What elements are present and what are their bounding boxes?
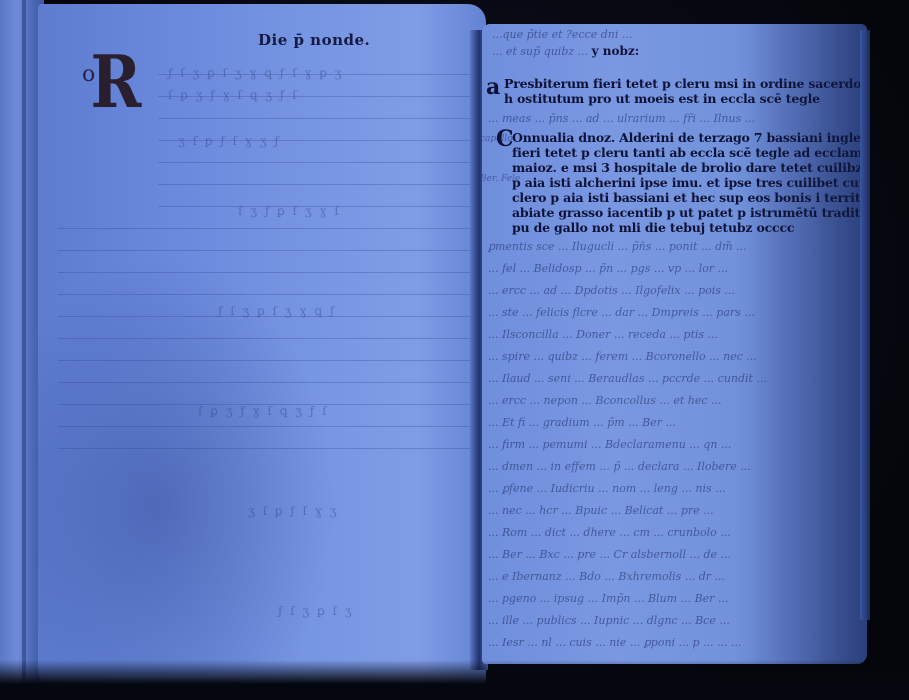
entry-initial: a <box>486 74 500 100</box>
faded-glyph-column: ƒ ſ ʒ ꝑ ſ ʒ <box>278 604 354 618</box>
faded-glyph-column: ʒ ſ ꝑ ƒ ſ ɣ ʒ <box>248 504 339 518</box>
faint-line: ... dmen ... in effem ... p̃ ... declara… <box>488 460 751 473</box>
right-page-shadow <box>747 24 867 664</box>
faint-line: ... meas ... p̃ns ... ad ... ulrarium ..… <box>488 112 755 125</box>
ruled-line <box>58 294 476 295</box>
faint-line: ... Ilaud ... seni ... Beraudlas ... pcc… <box>488 372 767 385</box>
faded-glyph-column: ʒ ſ ꝑ ƒ ſ ɣ ʒ ƒ <box>178 134 281 148</box>
bottom-shadow <box>0 660 909 700</box>
ruled-line <box>58 228 476 229</box>
ruled-line <box>158 162 476 163</box>
ruled-line <box>58 448 476 449</box>
faded-glyph-column: ſ ꝑ ʒ ƒ ɣ ſ ꝗ ʒ ƒ ſ <box>168 88 299 102</box>
ruled-line <box>158 184 476 185</box>
faint-line: ... pgeno ... ipsug ... Imp̃n ... Blum .… <box>488 592 728 605</box>
ruled-line <box>58 382 476 383</box>
faint-line: ... firm ... pemumi ... Bdeclaramenu ...… <box>488 438 731 451</box>
faded-glyph-column: ƒ ſ ʒ ꝑ ſ ʒ ɣ ꝗ ƒ ſ ɣ ꝑ ʒ <box>168 66 344 80</box>
dark-word: y nobz: <box>592 44 640 58</box>
ruled-line <box>58 272 476 273</box>
faded-glyph-column: ſ ʒ ƒ ꝑ ſ ʒ ɣ ſ <box>238 204 341 218</box>
faint-line: ... Et fi ... gradium ... p̃m ... Ber ..… <box>488 416 676 429</box>
ruled-line <box>58 426 476 427</box>
faint-line: ... ercc ... ad ... Dpdotis ... Ilgofeli… <box>488 284 735 297</box>
margin-note: Ber. Fele <box>482 174 520 184</box>
ruled-line <box>158 118 476 119</box>
faint-line: ... Ilsconcilla ... Doner ... receda ...… <box>488 328 718 341</box>
faded-glyph-column: ſ ꝑ ʒ ƒ ɣ ſ ꝗ ʒ ƒ ſ <box>198 404 329 418</box>
photo-scene: ƒ ſ ʒ ꝑ ſ ʒ ɣ ꝗ ƒ ſ ɣ ꝑ ʒ ſ ꝑ ʒ ƒ ɣ ſ ꝗ … <box>0 0 909 700</box>
ruled-line <box>58 360 476 361</box>
faint-line: ... et sup̃ quibz ... y nobz: <box>492 44 639 58</box>
page-edge-line <box>22 0 26 690</box>
faint-line: ...que p̃tie et ?ecce dni ... <box>492 28 632 41</box>
ruled-line <box>58 338 476 339</box>
right-page-edge <box>860 30 870 620</box>
faint-line: ... ste ... felicis flcre ... dar ... Dm… <box>488 306 755 319</box>
faint-line: ... ercc ... nepon ... Bconcollus ... et… <box>488 394 722 407</box>
left-page: ƒ ſ ʒ ꝑ ſ ʒ ɣ ꝗ ƒ ſ ɣ ꝑ ʒ ſ ꝑ ʒ ƒ ɣ ſ ꝗ … <box>38 4 486 698</box>
faint-line: ꝑmentis sce ... Ilugucli ... p̃n̄s ... p… <box>488 240 747 253</box>
faint-line: ... Ber ... Bxc ... pre ... Cr alsbernol… <box>488 548 731 561</box>
page-heading: Die p̄ nonde. <box>258 31 370 49</box>
faint-text: ... et sup̃ quibz ... <box>492 45 592 58</box>
faint-line: ... Rom ... dict ... dhere ... cm ... cr… <box>488 526 731 539</box>
faint-line: ... spire ... quibz ... ferem ... Bcoron… <box>488 350 757 363</box>
faint-line: ... ꝑfene ... Iudicriu ... nom ... leng … <box>488 482 726 495</box>
faint-line: ... e Ibernanz ... Bdo ... Bxhremolis ..… <box>488 570 725 583</box>
ruled-line <box>58 250 476 251</box>
faint-line: ... Iesr ... nl ... cuis ... nie ... ꝑpo… <box>488 636 742 649</box>
faint-line: ... ille ... publics ... Iupnic ... dlgn… <box>488 614 730 627</box>
entry-initial: C <box>496 126 514 152</box>
faint-line: ... fel ... Belidosp ... p̃n ... pgs ...… <box>488 262 728 275</box>
faint-line: ... nec ... hcr ... Bpuic ... Belicat ..… <box>488 504 714 517</box>
right-page: ...que p̃tie et ?ecce dni ... ... et sup… <box>482 24 867 664</box>
decorated-initial-letter: R <box>90 46 141 118</box>
faded-glyph-column: ƒ ſ ʒ ꝑ ſ ʒ ɣ ꝗ ƒ <box>218 304 336 318</box>
